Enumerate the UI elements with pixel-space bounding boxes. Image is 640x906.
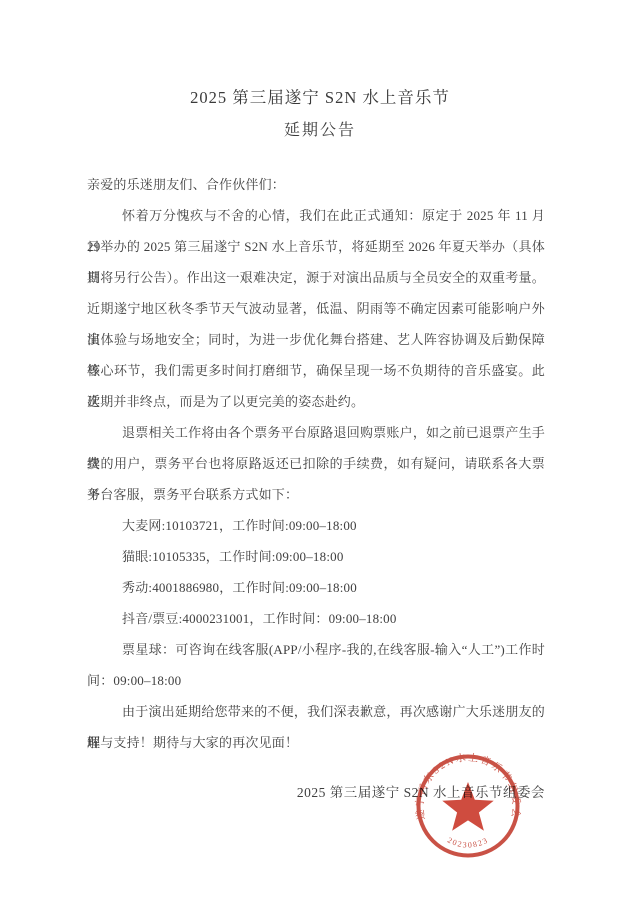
body-line: 期将另行公告）。作出这一艰难决定，源于对演出品质与全员安全的双重考量。	[87, 262, 545, 293]
official-seal-stamp: 遂宁河东S2N水上音乐节组委会 20230823	[412, 750, 524, 862]
body-line: 大麦网:10103721，工作时间:09:00–18:00	[87, 510, 545, 541]
body-line: 费的用户，票务平台也将原路返还已扣除的手续费，如有疑问，请联系各大票务	[87, 448, 545, 479]
body-line: 延期并非终点，而是为了以更完美的姿态赴约。	[87, 386, 545, 417]
body-line: 亲爱的乐迷朋友们、合作伙伴们：	[87, 169, 545, 200]
document-body: 亲爱的乐迷朋友们、合作伙伴们：怀着万分愧疚与不舍的心情，我们在此正式通知：原定于…	[87, 169, 545, 758]
body-line: 解与支持！期待与大家的再次见面！	[87, 727, 545, 758]
body-line: 票星球：可咨询在线客服(APP/小程序-我的,在线客服-输入“人工”)工作时	[87, 634, 545, 665]
document-subtitle: 延期公告	[0, 117, 640, 140]
body-line: 出体验与场地安全；同时，为进一步优化舞台搭建、艺人阵容协调及后勤保障等	[87, 324, 545, 355]
seal-date: 20230823	[446, 836, 490, 850]
body-line: 间：09:00–18:00	[87, 665, 545, 696]
body-line: 秀动:4001886980，工作时间:09:00–18:00	[87, 572, 545, 603]
body-line: 退票相关工作将由各个票务平台原路退回购票账户，如之前已退票产生手续	[87, 417, 545, 448]
body-line: 怀着万分愧疚与不舍的心情，我们在此正式通知：原定于 2025 年 11 月 29	[87, 200, 545, 231]
body-line: 抖音/票豆:4000231001，工作时间：09:00–18:00	[87, 603, 545, 634]
body-line: 平台客服，票务平台联系方式如下：	[87, 479, 545, 510]
body-line: 近期遂宁地区秋冬季节天气波动显著，低温、阴雨等不确定因素可能影响户外演	[87, 293, 545, 324]
svg-text:20230823: 20230823	[446, 836, 490, 850]
body-line: 核心环节，我们需更多时间打磨细节，确保呈现一场不负期待的音乐盛宴。此次	[87, 355, 545, 386]
seal-ring	[419, 757, 518, 856]
body-line: 日举办的 2025 第三届遂宁 S2N 水上音乐节，将延期至 2026 年夏天举…	[87, 231, 545, 262]
body-line: 猫眼:10105335，工作时间:09:00–18:00	[87, 541, 545, 572]
document-title: 2025 第三届遂宁 S2N 水上音乐节	[0, 84, 640, 108]
body-line: 由于演出延期给您带来的不便，我们深表歉意，再次感谢广大乐迷朋友的理	[87, 696, 545, 727]
document-page: 2025 第三届遂宁 S2N 水上音乐节 延期公告 亲爱的乐迷朋友们、合作伙伴们…	[0, 0, 640, 906]
signature-line: 2025 第三届遂宁 S2N 水上音乐节组委会	[87, 783, 545, 803]
